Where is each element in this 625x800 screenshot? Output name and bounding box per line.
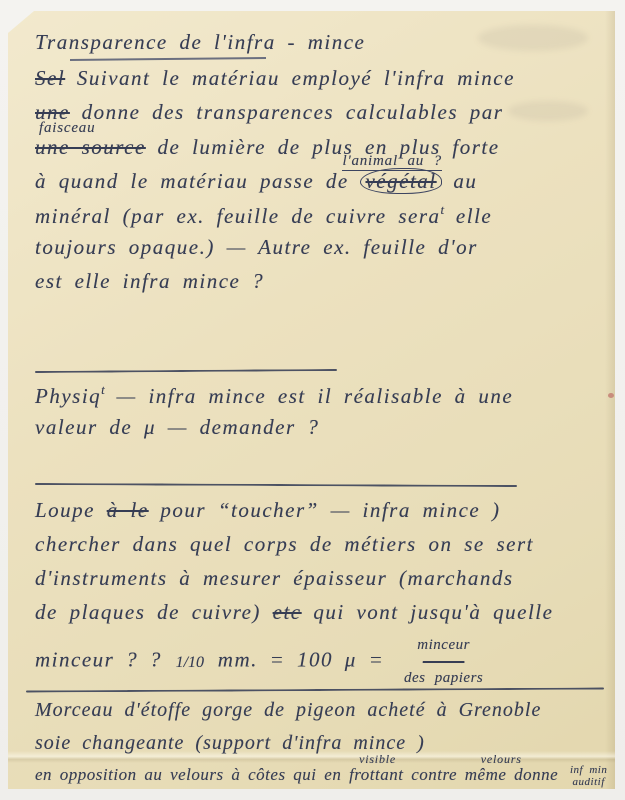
title-segment: - mince [287, 30, 365, 54]
note-line: valeur de μ — demander ? [35, 415, 319, 440]
note-line: en opposition au velours à côtes qui en … [35, 764, 607, 788]
note-line: Sel Suivant le matériau employé l'infra … [35, 66, 515, 91]
note-line: Loupe à le pour “toucher” — infra mince … [35, 498, 500, 523]
handwritten-divider-line [35, 483, 517, 487]
corrected-word-group: visible frottant contre [349, 765, 457, 785]
text-segment: frottant contre [349, 765, 457, 784]
scanned-manuscript-page: Transparence de l'infra - mince Sel Suiv… [0, 0, 625, 800]
text-segment: mm. = 100 μ = [218, 648, 384, 672]
stack-top-word: inf min [570, 764, 607, 776]
strikethrough-word: Sel [35, 66, 65, 90]
text-segment: de lumière de plus en plus forte [158, 135, 500, 159]
text-segment: à quand le matériau passe de [35, 169, 349, 193]
text-segment: qui vont jusqu'à quelle [313, 600, 553, 624]
note-line: est elle infra mince ? [35, 269, 264, 294]
stack-bottom-word: auditif [570, 776, 607, 788]
note-line: d'instruments à mesurer épaisseur (march… [35, 566, 514, 591]
circled-word: végétal [360, 168, 441, 194]
erased-pencil-smudge [478, 25, 588, 51]
handwritten-divider-line [26, 687, 604, 692]
title-segment-underlined: de l'infra [179, 30, 275, 54]
note-line: à quand le matériau passe de l'animal au… [35, 169, 477, 194]
stacked-correction: minceur ——— des papiers [404, 637, 483, 687]
note-line: minceur ? ? 1/10 mm. = 100 μ = minceur —… [35, 637, 483, 687]
note-line: toujours opaque.) — Autre ex. feuille d'… [35, 235, 478, 260]
handwritten-divider-line [35, 369, 337, 373]
note-line: Physiqt — infra mince est il réalisable … [35, 382, 513, 409]
inserted-word: visible [359, 752, 396, 767]
text-segment: en opposition au velours à côtes qui en [35, 765, 341, 784]
text-segment: même [465, 765, 507, 784]
note-line: une donne des transparences calculables … [35, 100, 503, 125]
corrected-word-group: l'animal au ? végétal [360, 169, 441, 194]
text-segment: au [453, 169, 477, 193]
strikethrough-word: à le [107, 498, 149, 522]
fraction: 1/10 [176, 654, 204, 671]
text-segment: donne des transparences calculables par [82, 100, 504, 124]
note-line: Morceau d'étoffe gorge de pigeon acheté … [35, 699, 541, 722]
paper-stain-dot [608, 393, 614, 398]
text-segment: minceur ? ? [35, 648, 162, 672]
superscript-t: t [101, 382, 105, 397]
note-line: minéral (par ex. feuille de cuivre serat… [35, 202, 492, 229]
title-segment: Transparence [35, 30, 168, 54]
paper-edge-shading [605, 11, 615, 789]
text-segment: minéral (par ex. feuille de cuivre sera [35, 204, 441, 228]
superscript-t: t [441, 202, 445, 217]
inserted-word: velours [481, 752, 522, 767]
strikethrough-word: une source [35, 135, 146, 159]
note-line: chercher dans quel corps de métiers on s… [35, 532, 534, 557]
text-segment: elle [456, 204, 492, 228]
corrected-word-group: faisceau une source [35, 135, 146, 160]
corrected-word-group: velours même [465, 765, 507, 785]
text-segment: Physiq [35, 384, 101, 408]
stacked-words: inf min auditif [570, 764, 607, 788]
strikethrough-word: etc [273, 600, 302, 624]
text-segment: de plaques de cuivre) [35, 600, 261, 624]
scribbled-out-word: ——— [404, 654, 483, 671]
inserted-correction: faisceau [39, 120, 95, 137]
text-segment: pour “toucher” — infra mince ) [160, 498, 500, 522]
note-title: Transparence de l'infra - mince [35, 30, 365, 55]
inserted-correction: l'animal au ? [342, 153, 441, 171]
text-segment: — infra mince est il réalisable à une [117, 384, 514, 408]
paper-sheet: Transparence de l'infra - mince Sel Suiv… [8, 11, 615, 789]
title-underline [70, 57, 266, 61]
note-line: de plaques de cuivre) etc qui vont jusqu… [35, 600, 553, 625]
erased-pencil-smudge [508, 101, 588, 121]
text-segment: Suivant le matériau employé l'infra minc… [77, 66, 515, 90]
stack-bottom-word: des papiers [404, 670, 483, 687]
text-segment: Loupe [35, 498, 95, 522]
stack-top-word: minceur [404, 637, 483, 654]
text-segment: donne [514, 765, 558, 784]
